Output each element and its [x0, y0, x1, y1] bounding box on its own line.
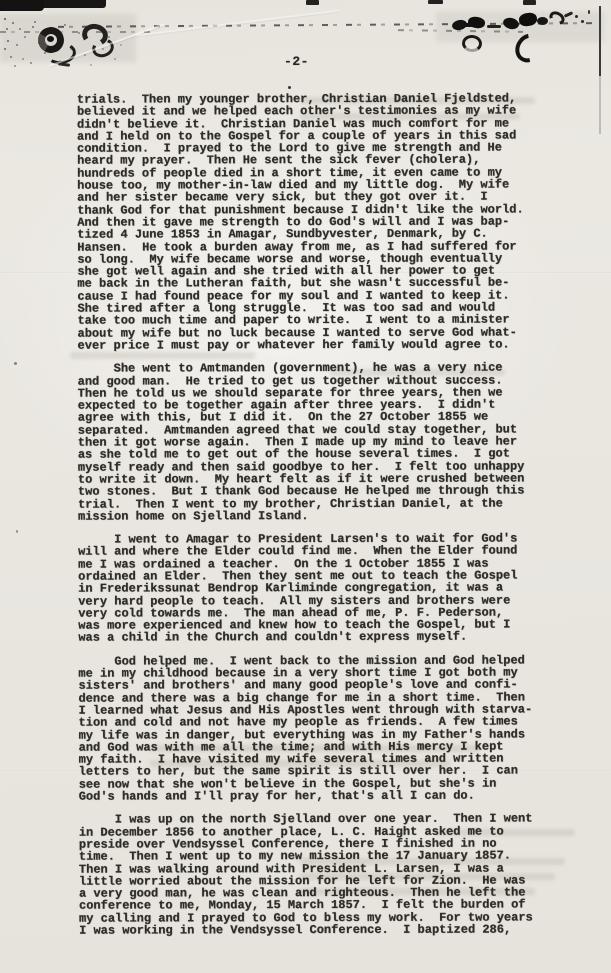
paragraph-1: trials. Then my younger brother, Christi…: [77, 92, 578, 352]
paragraph-3: I went to Amagar to President Larsen's t…: [78, 532, 578, 644]
paragraph-5: I was up on the north Sjelland over one …: [79, 813, 579, 937]
page-number: -2-: [0, 54, 593, 69]
document-body: trials. Then my younger brother, Christi…: [77, 92, 579, 948]
toner-speckles: [4, 18, 6, 20]
scanned-document-page: -2- trials. Then my younger brother, Chr…: [0, 0, 611, 973]
paragraph-2: She went to Amtmanden (government), he w…: [78, 362, 578, 523]
scan-edge-bar: [0, 0, 44, 11]
paragraph-4: God helped me. I went back to the missio…: [78, 654, 578, 803]
ink-dot: [16, 530, 18, 533]
ink-dot: [14, 362, 17, 365]
scan-edge-mark: [306, 0, 319, 5]
scan-edge-mark: [428, 0, 443, 4]
ink-dot: [288, 86, 291, 89]
ink-smudge: [47, 36, 54, 42]
ink-dot: [581, 20, 584, 23]
ink-smudge: [487, 25, 501, 28]
ink-smudge: [537, 17, 548, 25]
ink-smudge: [464, 23, 473, 27]
scratch-line: [0, 31, 150, 33]
ink-dot: [588, 10, 590, 14]
paper-crease: [136, 10, 340, 37]
ink-dot: [575, 15, 578, 18]
ink-ring-smudge: [461, 34, 482, 53]
paper-edge-line: [599, 76, 601, 134]
scan-edge-mark: [523, 0, 536, 5]
